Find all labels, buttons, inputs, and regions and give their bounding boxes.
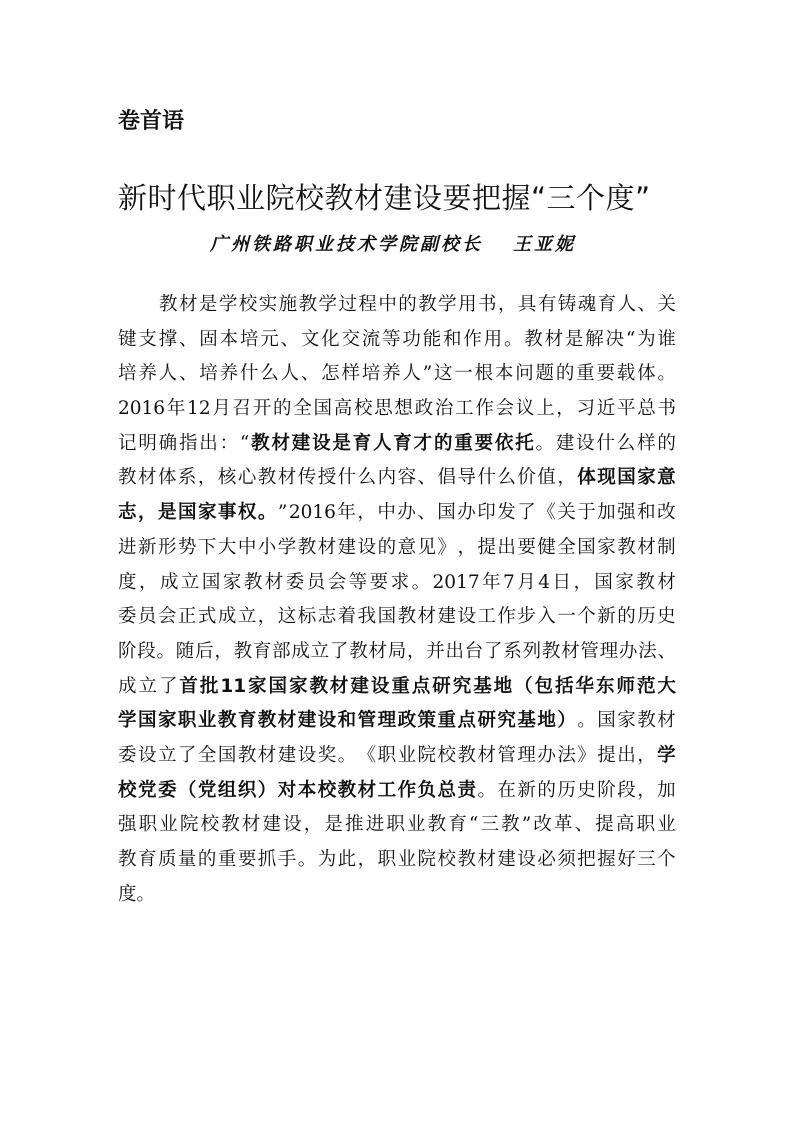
text: 出 — [446, 635, 465, 670]
text: 《 — [537, 496, 556, 531]
text: 键 — [118, 323, 137, 358]
text: 院 — [418, 843, 437, 878]
bold-text: 家 — [289, 670, 308, 705]
bold-text: 负 — [418, 774, 437, 809]
bold-text: 11 — [220, 670, 246, 705]
text: 容 — [398, 461, 417, 496]
text: 《 — [358, 739, 377, 774]
text: 小 — [258, 531, 277, 566]
paragraph-line: 进新形势下大中小学教材建设的意见》，提出要健全国家教材制 — [118, 531, 676, 566]
text: 提 — [477, 531, 496, 566]
text: 根 — [475, 357, 494, 392]
text: 教 — [118, 461, 137, 496]
text: 健 — [537, 531, 556, 566]
text: 教 — [637, 704, 656, 739]
bold-text: 育 — [238, 704, 257, 739]
text: 台 — [465, 635, 484, 670]
text: 书 — [478, 288, 497, 323]
text: 材 — [318, 531, 337, 566]
text: 国 — [218, 739, 237, 774]
paragraph-line: 键支撑、固本培元、文化交流等功能和作用。教材是解决“为谁 — [118, 323, 676, 358]
text: 材 — [561, 635, 580, 670]
text: 了 — [178, 739, 197, 774]
text: 人 — [281, 357, 300, 392]
text: “ — [240, 427, 249, 462]
text: 流 — [362, 323, 381, 358]
bold-text: 地 — [494, 670, 513, 705]
text: 中 — [377, 496, 396, 531]
bold-text: 重 — [438, 704, 457, 739]
text: 于 — [577, 496, 596, 531]
text: 须 — [557, 843, 576, 878]
text: ” — [278, 496, 287, 531]
text: 教 — [501, 808, 520, 843]
text: 文 — [301, 323, 320, 358]
bold-text: 材 — [278, 704, 297, 739]
text: 12 — [187, 392, 211, 427]
bold-text: 材 — [271, 427, 290, 462]
paragraph-line: 校党委（党组织）对本校教材工作负总责。在新的历史阶段，加 — [118, 774, 676, 809]
text: 过 — [338, 288, 357, 323]
text: 2016 — [289, 496, 336, 531]
bold-text: 基 — [517, 704, 536, 739]
text: 材 — [258, 739, 277, 774]
text: 入 — [537, 600, 556, 635]
text: 家 — [615, 566, 634, 601]
text: 全 — [293, 392, 312, 427]
text: 近 — [597, 392, 616, 427]
bold-text: 织 — [238, 774, 257, 809]
bold-text: 批 — [200, 670, 219, 705]
bold-text: （ — [178, 774, 197, 809]
bold-text: 意 — [657, 461, 676, 496]
text: 思 — [374, 392, 393, 427]
bold-text: 校 — [118, 774, 137, 809]
text: 量 — [178, 843, 197, 878]
text: 育 — [253, 635, 272, 670]
bold-text: 重 — [454, 427, 473, 462]
text: 铸 — [558, 288, 577, 323]
text: 新 — [138, 531, 157, 566]
bold-text: 建 — [292, 427, 311, 462]
text: 业 — [657, 808, 676, 843]
text: 求 — [391, 566, 410, 601]
text: 。 — [338, 739, 357, 774]
text: 步 — [517, 600, 536, 635]
text: “ — [626, 323, 635, 358]
text: 育 — [138, 843, 157, 878]
bold-text: 策 — [418, 704, 437, 739]
text: 材 — [477, 843, 496, 878]
text: 校 — [201, 808, 220, 843]
text: 委 — [118, 739, 137, 774]
text: 业 — [398, 739, 417, 774]
text: 见 — [418, 531, 437, 566]
bold-text: 家 — [198, 496, 217, 531]
bold-text: 设 — [371, 670, 390, 705]
text: 质 — [158, 843, 177, 878]
bold-text: 管 — [358, 704, 377, 739]
paragraph-line: 度。 — [118, 878, 676, 913]
text: 工 — [455, 392, 474, 427]
bold-text: 教 — [338, 774, 357, 809]
text: 校 — [438, 739, 457, 774]
text: 设 — [457, 600, 476, 635]
text: 成 — [218, 600, 237, 635]
text: 教 — [524, 323, 543, 358]
text: 么 — [358, 461, 377, 496]
text: 教 — [398, 600, 417, 635]
text: 家 — [617, 704, 636, 739]
text: 材 — [637, 531, 656, 566]
text: 阶 — [597, 774, 616, 809]
text: 个 — [657, 843, 676, 878]
text: 教 — [244, 566, 263, 601]
text: ， — [407, 635, 426, 670]
text: 教 — [298, 531, 317, 566]
bold-text: 教 — [251, 427, 270, 462]
text: 的 — [378, 531, 397, 566]
text: 作 — [463, 323, 482, 358]
author-affiliation: 广州铁路职业技术学院副校长 — [210, 234, 483, 255]
bold-text: 权 — [238, 496, 257, 531]
text: 一 — [557, 600, 576, 635]
text: 立 — [158, 739, 177, 774]
text: 中 — [238, 531, 257, 566]
text: 日 — [552, 566, 571, 601]
text: 书 — [657, 392, 676, 427]
text: 三 — [637, 843, 656, 878]
text: 家 — [223, 566, 242, 601]
text: 校 — [354, 392, 373, 427]
text: 的 — [198, 843, 217, 878]
text: 。 — [137, 878, 156, 913]
text: 会 — [158, 600, 177, 635]
text: 度 — [118, 566, 137, 601]
text: 体 — [158, 461, 177, 496]
text: 作 — [497, 600, 516, 635]
text: 么 — [497, 461, 516, 496]
text: 本 — [220, 323, 239, 358]
text: 设 — [576, 427, 595, 462]
text: 政 — [415, 392, 434, 427]
text: 提 — [595, 808, 614, 843]
bold-text: 工 — [378, 774, 397, 809]
text: 此 — [338, 843, 357, 878]
text: 推 — [345, 808, 364, 843]
text: 正 — [178, 600, 197, 635]
text: 样 — [341, 357, 360, 392]
text: 价 — [517, 461, 536, 496]
author-name: 王亚妮 — [513, 234, 576, 255]
text: 下 — [198, 531, 217, 566]
article-body: 教材是学校实施教学过程中的教学用书，具有铸魂育人、关键支撑、固本培元、文化交流等… — [118, 288, 676, 912]
bold-text: 范 — [637, 670, 656, 705]
text: 平 — [617, 392, 636, 427]
text: 业 — [398, 843, 417, 878]
text: 学 — [438, 288, 457, 323]
text: 要 — [370, 566, 389, 601]
text: 手 — [278, 843, 297, 878]
bold-text: ， — [138, 496, 157, 531]
text: 教 — [159, 288, 178, 323]
text: 新 — [597, 600, 616, 635]
text: 员 — [138, 600, 157, 635]
text: 明 — [138, 427, 157, 462]
text: 作 — [475, 392, 494, 427]
text: 出 — [617, 739, 636, 774]
text: 撑 — [159, 323, 178, 358]
bold-text: 材 — [358, 774, 377, 809]
text: 管 — [580, 635, 599, 670]
text: 成 — [118, 670, 137, 705]
text: 办 — [457, 496, 476, 531]
bold-text: 教 — [258, 704, 277, 739]
text: 建 — [338, 531, 357, 566]
text: 培 — [199, 357, 218, 392]
text: 么 — [617, 427, 636, 462]
text: 支 — [138, 323, 157, 358]
text: 样 — [637, 427, 656, 462]
text: 法 — [557, 739, 576, 774]
text: 国 — [437, 496, 456, 531]
bold-text: 材 — [330, 670, 349, 705]
text: 委 — [286, 566, 305, 601]
text: 抓 — [258, 843, 277, 878]
text: 出 — [497, 531, 516, 566]
text: 加 — [597, 496, 616, 531]
text: 了 — [159, 670, 178, 705]
bold-text: 究 — [497, 704, 516, 739]
text: 元 — [260, 323, 279, 358]
text: 想 — [394, 392, 413, 427]
text: 志 — [318, 600, 337, 635]
text: 发 — [497, 496, 516, 531]
text: 立 — [181, 566, 200, 601]
text: ， — [498, 288, 517, 323]
text: 是 — [199, 288, 218, 323]
text: 的 — [273, 392, 292, 427]
text: 、 — [301, 357, 320, 392]
text: 这 — [278, 600, 297, 635]
text: 决 — [606, 323, 625, 358]
text: 导 — [457, 461, 476, 496]
text: 个 — [577, 600, 596, 635]
text: 教 — [118, 843, 137, 878]
bold-text: 是 — [332, 427, 351, 462]
text: 办 — [397, 496, 416, 531]
text: 、 — [418, 461, 437, 496]
text: 学 — [219, 288, 238, 323]
text: 业 — [407, 808, 426, 843]
text: 等 — [382, 323, 401, 358]
text: “ — [469, 808, 478, 843]
text: 国 — [594, 566, 613, 601]
text: 职 — [386, 808, 405, 843]
text: 大 — [218, 531, 237, 566]
text: 育 — [448, 808, 467, 843]
text: 习 — [577, 392, 596, 427]
text: 和 — [637, 496, 656, 531]
bold-text: 国 — [617, 461, 636, 496]
text: 指 — [179, 427, 198, 462]
text: 校 — [438, 843, 457, 878]
text: 一 — [454, 357, 473, 392]
bold-text: 学 — [657, 739, 676, 774]
text: 段 — [617, 774, 636, 809]
bold-text: 华 — [576, 670, 595, 705]
bold-text: 设 — [312, 427, 331, 462]
bold-text: 作 — [398, 774, 417, 809]
text: 系 — [178, 461, 197, 496]
text: 随 — [176, 635, 195, 670]
text: 魂 — [578, 288, 597, 323]
text: ： — [220, 427, 239, 462]
text: 倡 — [438, 461, 457, 496]
bold-text: 包 — [535, 670, 554, 705]
text: 开 — [253, 392, 272, 427]
text: 、 — [179, 323, 198, 358]
text: 教 — [234, 635, 253, 670]
text: 人 — [402, 357, 421, 392]
text: 必 — [537, 843, 556, 878]
text: 。 — [577, 704, 596, 739]
text: 了 — [517, 496, 536, 531]
bold-text: 本 — [298, 774, 317, 809]
byline: 广州铁路职业技术学院副校长王亚妮 — [210, 230, 576, 256]
text: 问 — [515, 357, 534, 392]
text: 、 — [575, 808, 594, 843]
bold-text: 是 — [158, 496, 177, 531]
bold-text: 校 — [318, 774, 337, 809]
text: 加 — [657, 774, 676, 809]
text: ， — [573, 566, 592, 601]
text: 建 — [497, 843, 516, 878]
text: 家 — [597, 531, 616, 566]
text: 建 — [262, 808, 281, 843]
text: 培 — [118, 357, 137, 392]
text: 教 — [617, 531, 636, 566]
bold-text: 理 — [378, 704, 397, 739]
bold-text: 党 — [198, 774, 217, 809]
bold-text: 。 — [258, 496, 277, 531]
paragraph-line: 强职业院校教材建设，是推进职业教育“三教”改革、提高职业 — [118, 808, 676, 843]
paragraph-line: 2016年12月召开的全国高校思想政治工作会议上，习近平总书 — [118, 392, 676, 427]
text: 建 — [438, 600, 457, 635]
text: 解 — [585, 323, 604, 358]
text: 学 — [278, 531, 297, 566]
text: 这 — [434, 357, 453, 392]
text: 是 — [324, 808, 343, 843]
text: 设 — [138, 739, 157, 774]
text: 议 — [516, 392, 535, 427]
bold-text: 家 — [248, 670, 267, 705]
text: 握 — [597, 843, 616, 878]
bold-text: 师 — [616, 670, 635, 705]
text: 办 — [537, 739, 556, 774]
text: 历 — [557, 774, 576, 809]
bold-text: 教 — [218, 704, 237, 739]
article-title: 新时代职业院校教材建设要把握“三个度” — [118, 176, 651, 217]
text: ， — [258, 600, 277, 635]
text: 。 — [477, 774, 496, 809]
text: 能 — [423, 323, 442, 358]
text: 。 — [298, 843, 317, 878]
bold-text: 育 — [353, 427, 372, 462]
text: 月 — [517, 566, 536, 601]
text: 教 — [299, 288, 318, 323]
text: 员 — [307, 566, 326, 601]
text: 成 — [160, 566, 179, 601]
bold-text: 大 — [657, 670, 676, 705]
text: 、 — [281, 323, 300, 358]
text: 的 — [398, 288, 417, 323]
text: 法 — [638, 635, 657, 670]
text: 全 — [557, 531, 576, 566]
bold-text: （ — [514, 670, 533, 705]
text: 用 — [458, 288, 477, 323]
text: 设 — [517, 843, 536, 878]
paragraph-line: 成立了首批11家国家教材建设重点研究基地（包括华东师范大 — [118, 670, 676, 705]
text: 关 — [557, 496, 576, 531]
text: 2017 — [433, 566, 480, 601]
text: 为 — [637, 323, 656, 358]
text: 实 — [259, 288, 278, 323]
text: 什 — [477, 461, 496, 496]
paragraph-line: 委员会正式成立，这标志着我国教材建设工作步入一个新的历史 — [118, 600, 676, 635]
text: 教 — [542, 635, 561, 670]
text: 年 — [482, 566, 501, 601]
text: 设 — [283, 808, 302, 843]
text: 要 — [596, 357, 615, 392]
text: 职 — [378, 739, 397, 774]
text: 施 — [279, 288, 298, 323]
text: 材 — [368, 635, 387, 670]
text: 教 — [418, 288, 437, 323]
bold-text: 职 — [178, 704, 197, 739]
text: 院 — [418, 739, 437, 774]
text: 全 — [198, 739, 217, 774]
text: 程 — [358, 288, 377, 323]
bold-text: 组 — [218, 774, 237, 809]
text: 心 — [238, 461, 257, 496]
bold-text: 首 — [179, 670, 198, 705]
bold-text: 事 — [218, 496, 237, 531]
text: ， — [557, 461, 576, 496]
paragraph-line: 志，是国家事权。”2016年，中办、国办印发了《关于加强和改 — [118, 496, 676, 531]
text: 什 — [338, 461, 357, 496]
text: 国 — [597, 704, 616, 739]
text: 强 — [118, 808, 137, 843]
text: 教 — [349, 635, 368, 670]
text: 月 — [212, 392, 231, 427]
text: 的 — [617, 600, 636, 635]
text: 7 — [503, 566, 515, 601]
text: 育 — [598, 288, 617, 323]
bold-text: 党 — [138, 774, 157, 809]
text: 理 — [517, 739, 536, 774]
text: 了 — [330, 635, 349, 670]
bold-text: 和 — [338, 704, 357, 739]
text: 核 — [218, 461, 237, 496]
text: 系 — [503, 635, 522, 670]
bold-text: 家 — [158, 704, 177, 739]
bold-text: 的 — [434, 427, 453, 462]
text: 高 — [616, 808, 635, 843]
text: 把 — [577, 843, 596, 878]
text: 培 — [362, 357, 381, 392]
text: 高 — [334, 392, 353, 427]
